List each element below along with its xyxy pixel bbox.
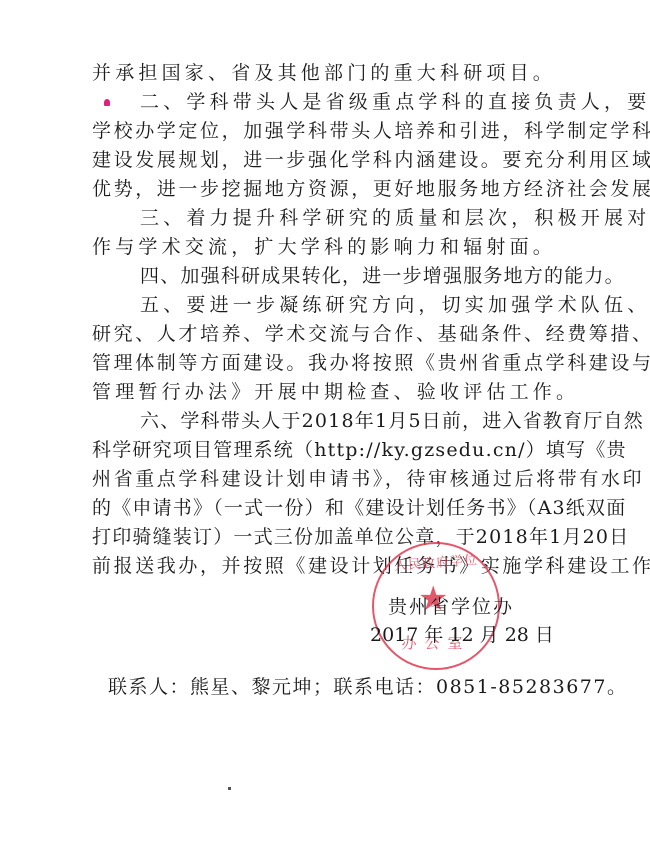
document-page: 并承担国家、省及其他部门的重大科研项目。 二、学科带头人是省级重点学科的直接负责… <box>0 0 650 853</box>
paragraph-line: 的《申请书》（一式一份）和《建设计划任务书》（A3纸双面 <box>92 496 544 520</box>
contact-info: 联系人：熊星、黎元坤；联系电话：0851-85283677。 <box>108 675 560 699</box>
paragraph-line: 二、学科带头人是省级重点学科的直接负责人，要根据 <box>140 90 544 114</box>
paragraph-line: 建设发展规划，进一步强化学科内涵建设。要充分利用区域 <box>92 148 544 172</box>
paragraph-line: 优势，进一步挖掘地方资源，更好地服务地方经济社会发展。 <box>92 177 544 201</box>
paragraph-line: 三、着力提升科学研究的质量和层次，积极开展对外合 <box>140 206 544 230</box>
paragraph-line: 管理体制等方面建设。我办将按照《贵州省重点学科建设与 <box>92 351 544 375</box>
paragraph-line: 并承担国家、省及其他部门的重大科研项目。 <box>92 61 544 85</box>
signature-date: 2017 年 12 月 28 日 <box>370 620 554 647</box>
paragraph-line: 四、加强科研成果转化，进一步增强服务地方的能力。 <box>140 264 544 288</box>
paragraph-line: 打印骑缝装订）一式三份加盖单位公章，于2018年1月20日 <box>92 525 544 549</box>
paragraph-line: 六、学科带头人于2018年1月5日前，进入省教育厅自然 <box>140 409 544 433</box>
signature-org: 贵州省学位办 <box>388 592 514 619</box>
paragraph-line: 科学研究项目管理系统（http://ky.gzsedu.cn/）填写《贵 <box>92 438 544 462</box>
scan-speck <box>228 787 231 790</box>
paragraph-line: 学校办学定位，加强学科带头人培养和引进，科学制定学科 <box>92 119 544 143</box>
paragraph-line: 州省重点学科建设计划申请书》，待审核通过后将带有水印 <box>92 467 544 491</box>
seal-top-text: 人民政府学位 <box>387 549 484 575</box>
paragraph-line: 研究、人才培养、学术交流与合作、基础条件、经费筹措、 <box>92 322 544 346</box>
annotation-mark <box>104 99 110 106</box>
paragraph-line: 五、要进一步凝练研究方向，切实加强学术队伍、科学 <box>140 293 544 317</box>
paragraph-line: 作与学术交流，扩大学科的影响力和辐射面。 <box>92 235 544 259</box>
paragraph-line: 管理暂行办法》开展中期检查、验收评估工作。 <box>92 380 544 404</box>
